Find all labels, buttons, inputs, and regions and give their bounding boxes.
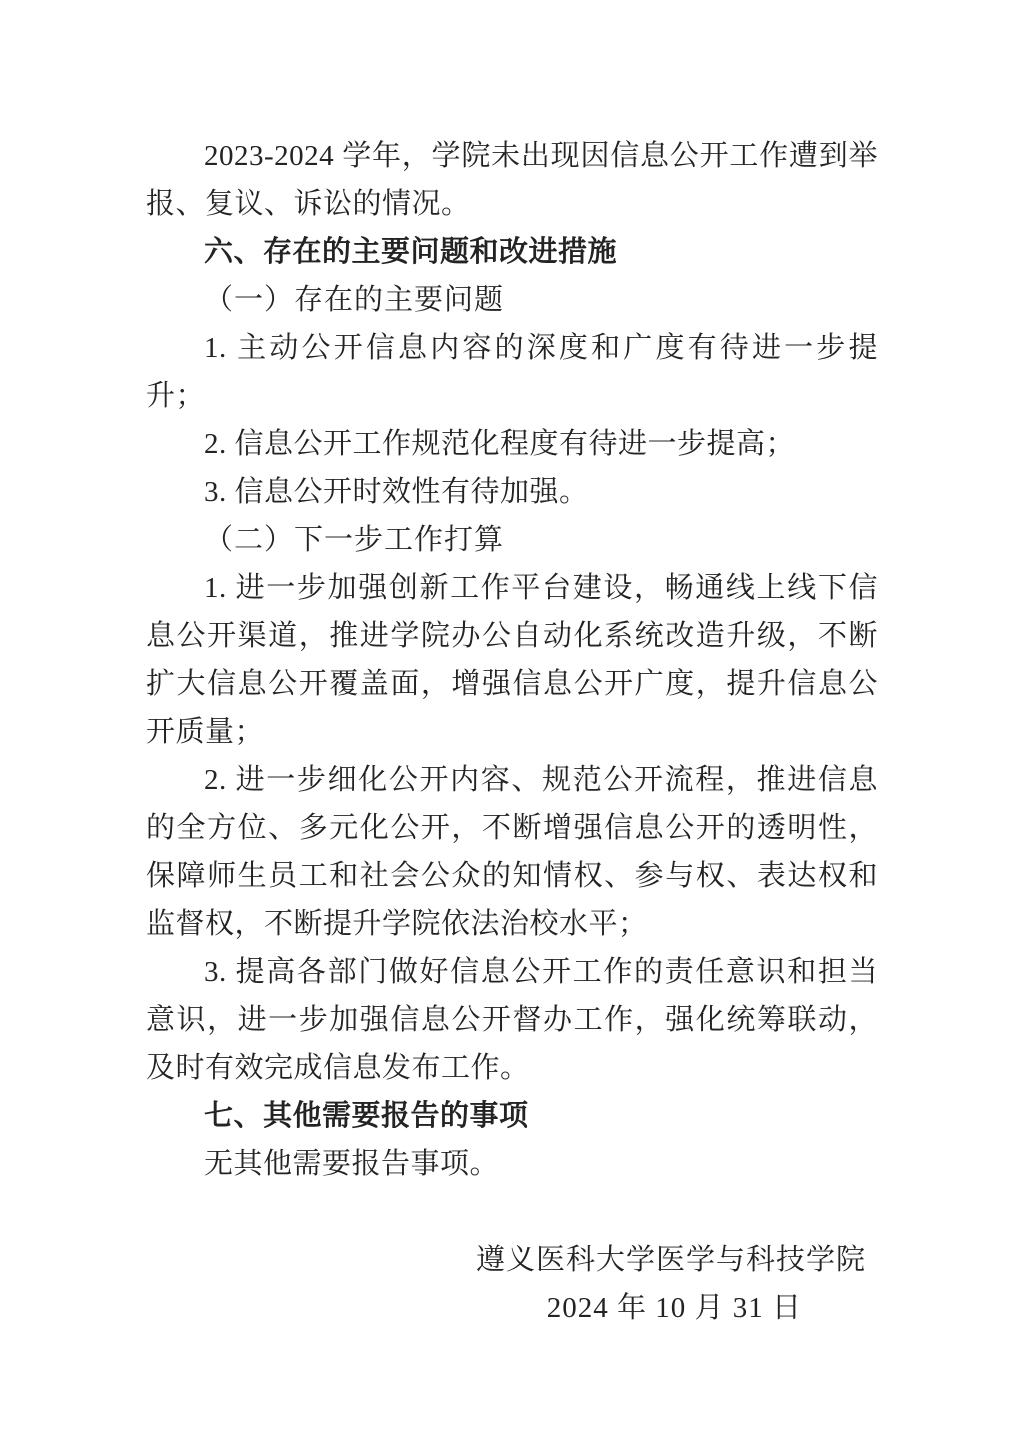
plan-item-3: 3. 提高各部门做好信息公开工作的责任意识和担当意识，进一步加强信息公开督办工作… — [146, 948, 878, 1092]
document-page: 2023-2024 学年，学院未出现因信息公开工作遭到举报、复议、诉讼的情况。 … — [0, 0, 1024, 1448]
problem-item-1: 1. 主动公开信息内容的深度和广度有待进一步提升； — [146, 324, 878, 420]
signature-organization: 遵义医科大学医学与科技学院 — [146, 1236, 878, 1284]
problem-item-2: 2. 信息公开工作规范化程度有待进一步提高； — [146, 420, 878, 468]
subsection-heading-next-steps: （二）下一步工作打算 — [146, 516, 878, 564]
plan-item-1: 1. 进一步加强创新工作平台建设，畅通线上线下信息公开渠道，推进学院办公自动化系… — [146, 564, 878, 756]
subsection-heading-main-problems: （一）存在的主要问题 — [146, 276, 878, 324]
signature-date: 2024 年 10 月 31 日 — [146, 1284, 878, 1332]
section-heading-seven: 七、其他需要报告的事项 — [146, 1092, 878, 1140]
paragraph-no-complaints: 2023-2024 学年，学院未出现因信息公开工作遭到举报、复议、诉讼的情况。 — [146, 132, 878, 228]
section-heading-six: 六、存在的主要问题和改进措施 — [146, 228, 878, 276]
document-body: 2023-2024 学年，学院未出现因信息公开工作遭到举报、复议、诉讼的情况。 … — [146, 132, 878, 1332]
paragraph-no-other-items: 无其他需要报告事项。 — [146, 1140, 878, 1188]
problem-item-3: 3. 信息公开时效性有待加强。 — [146, 468, 878, 516]
plan-item-2: 2. 进一步细化公开内容、规范公开流程，推进信息的全方位、多元化公开，不断增强信… — [146, 756, 878, 948]
